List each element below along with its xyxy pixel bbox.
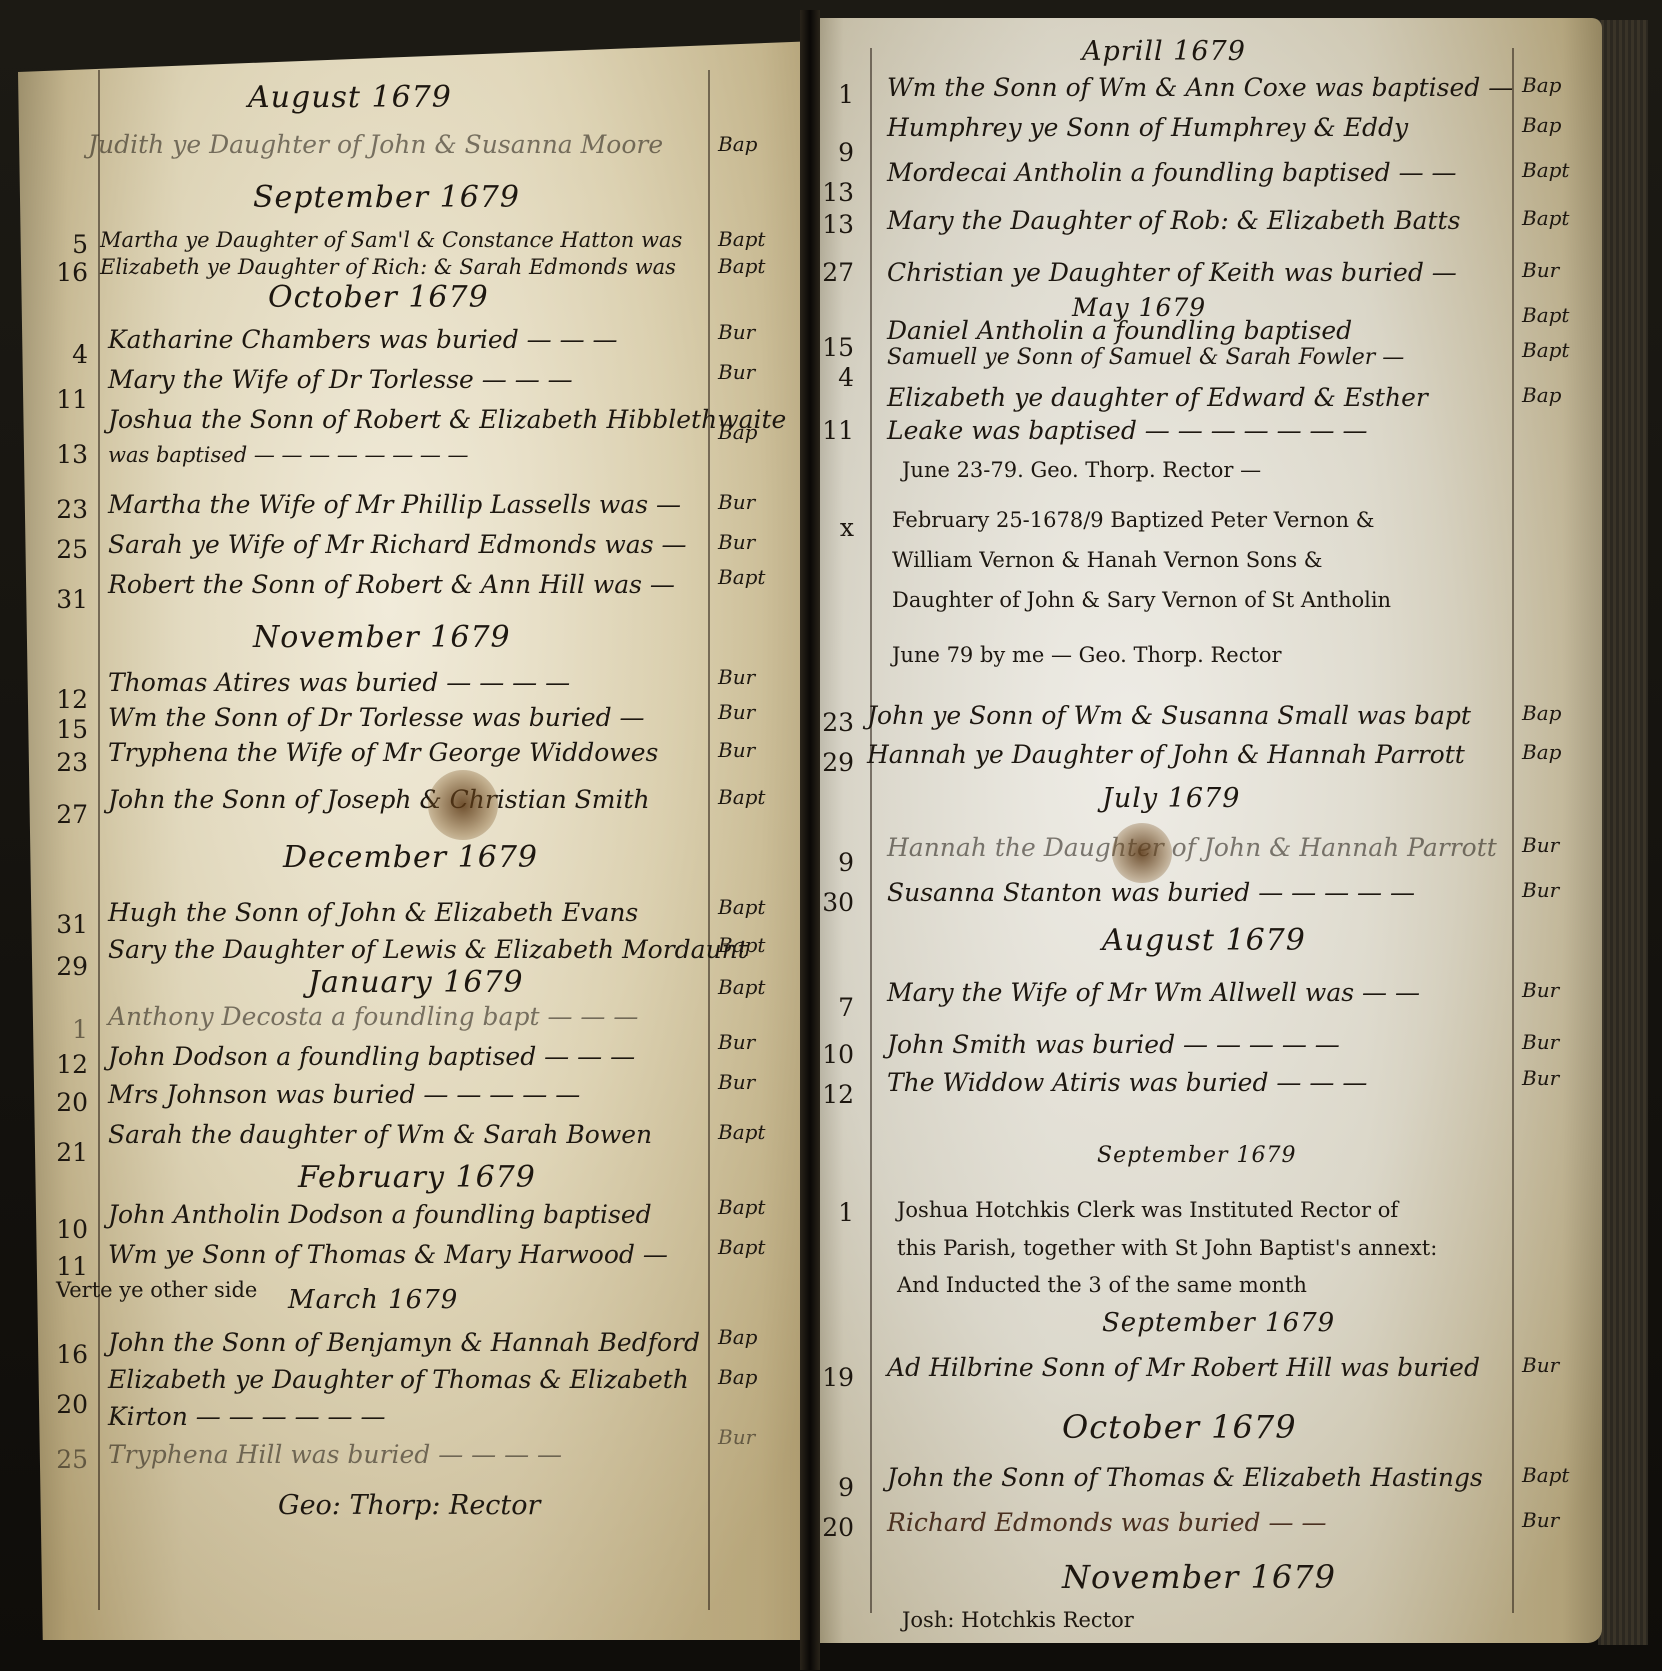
register-entry: Sary the Daughter of Lewis & Elizabeth M…	[108, 935, 748, 965]
right-margin-rule	[870, 48, 872, 1613]
register-entry: Robert the Sonn of Robert & Ann Hill was…	[108, 570, 675, 600]
institution-entry: And Inducted the 3 of the same month	[897, 1273, 1307, 1297]
register-entry: Ad Hilbrine Sonn of Mr Robert Hill was b…	[887, 1353, 1480, 1383]
open-register-book: August 1679 Judith ye Daughter of John &…	[0, 0, 1662, 1671]
entry-type-tag: Bap	[718, 1325, 757, 1349]
entry-day: 15	[46, 715, 88, 744]
entry-type-tag: Bap	[1522, 383, 1561, 407]
left-tag-column-rule	[708, 70, 710, 1610]
entry-type-tag: Bur	[1522, 1030, 1559, 1054]
register-entry: Martha the Wife of Mr Phillip Lassells w…	[108, 490, 681, 520]
register-entry: Joshua the Sonn of Robert & Elizabeth Hi…	[108, 405, 786, 435]
entry-day: 29	[46, 952, 88, 981]
entry-day: 31	[46, 910, 88, 939]
entry-day: 16	[46, 258, 88, 287]
entry-type-tag: Bapt	[718, 1195, 765, 1219]
rector-note: June 23-79. Geo. Thorp. Rector —	[902, 458, 1261, 482]
register-entry: was baptised — — — — — — — —	[108, 440, 469, 470]
entry-type-tag: Bapt	[718, 895, 765, 919]
entry-day: 20	[46, 1088, 88, 1117]
entry-type-tag: Bur	[718, 1030, 755, 1054]
register-entry: Mary the Wife of Dr Torlesse — — —	[108, 365, 573, 395]
entry-day: 11	[46, 1252, 88, 1281]
register-entry: John Dodson a foundling baptised — — —	[108, 1042, 635, 1072]
register-entry: Wm the Sonn of Wm & Ann Coxe was baptise…	[887, 73, 1513, 103]
entry-type-tag: Bap	[718, 132, 757, 156]
register-entry: Martha ye Daughter of Sam'l & Constance …	[100, 225, 682, 255]
register-entry: Wm ye Sonn of Thomas & Mary Harwood —	[108, 1240, 668, 1270]
register-entry: Hugh the Sonn of John & Elizabeth Evans	[108, 898, 638, 928]
month-heading: September 1679	[1102, 1308, 1335, 1338]
entry-type-tag: Bur	[718, 665, 755, 689]
entry-type-tag: Bapt	[718, 565, 765, 589]
entry-day: 16	[46, 1340, 88, 1369]
entry-day: 13	[46, 440, 88, 469]
register-entry: Elizabeth ye Daughter of Rich: & Sarah E…	[100, 252, 676, 282]
month-heading: August 1679	[1102, 923, 1306, 958]
register-entry: Hannah the Daughter of John & Hannah Par…	[887, 833, 1497, 863]
margin-note: Verte ye other side	[56, 1278, 257, 1302]
register-entry: Thomas Atires was buried — — — —	[108, 668, 570, 698]
entry-type-tag: Bur	[1522, 978, 1559, 1002]
entry-type-tag: Bur	[718, 530, 755, 554]
entry-type-tag: Bur	[1522, 1066, 1559, 1090]
entry-day: 25	[46, 535, 88, 564]
register-entry: June 79 by me — Geo. Thorp. Rector	[892, 643, 1282, 667]
entry-type-tag: Bapt	[1522, 303, 1569, 327]
register-entry: Hannah ye Daughter of John & Hannah Parr…	[867, 740, 1465, 770]
register-entry: The Widdow Atiris was buried — — —	[887, 1068, 1367, 1098]
book-gutter	[800, 10, 820, 1670]
month-heading: October 1679	[1062, 1408, 1297, 1446]
entry-day: 1	[46, 1015, 88, 1044]
entry-type-tag: Bur	[1522, 258, 1559, 282]
entry-type-tag: Bapt	[1522, 206, 1569, 230]
register-entry: Leake was baptised — — — — — — —	[887, 416, 1367, 446]
entry-type-tag: Bur	[718, 320, 755, 344]
entry-day: 23	[46, 495, 88, 524]
ink-stain	[428, 770, 498, 840]
register-entry: Wm the Sonn of Dr Torlesse was buried —	[108, 703, 645, 733]
register-entry: Richard Edmonds was buried — —	[887, 1508, 1326, 1538]
register-entry: Elizabeth ye Daughter of Thomas & Elizab…	[108, 1365, 689, 1395]
register-entry: John the Sonn of Benjamyn & Hannah Bedfo…	[108, 1328, 700, 1358]
month-heading: March 1679	[288, 1285, 458, 1315]
entry-type-tag: Bapt	[1522, 1463, 1569, 1487]
entry-day: 12	[46, 1050, 88, 1079]
entry-type-tag: Bapt	[718, 227, 765, 251]
left-margin-rule	[98, 70, 100, 1610]
register-entry: Susanna Stanton was buried — — — — —	[887, 878, 1415, 908]
register-entry: Judith ye Daughter of John & Susanna Moo…	[88, 130, 663, 160]
entry-day: 21	[46, 1138, 88, 1167]
register-entry: Samuell ye Sonn of Samuel & Sarah Fowler…	[887, 343, 1404, 373]
entry-type-tag: Bur	[718, 360, 755, 384]
register-entry: Sarah ye Wife of Mr Richard Edmonds was …	[108, 530, 687, 560]
entry-type-tag: Bur	[1522, 1353, 1559, 1377]
entry-type-tag: Bap	[718, 1365, 757, 1389]
entry-type-tag: Bap	[1522, 701, 1561, 725]
register-entry: John Antholin Dodson a foundling baptise…	[108, 1200, 652, 1230]
register-entry: Mordecai Antholin a foundling baptised —…	[887, 158, 1457, 188]
entry-type-tag: Bapt	[1522, 158, 1569, 182]
entry-day: 25	[46, 1445, 88, 1474]
month-heading: January 1679	[308, 965, 524, 1000]
entry-type-tag: Bur	[718, 700, 755, 724]
register-entry: John the Sonn of Joseph & Christian Smit…	[108, 785, 650, 815]
entry-type-tag: Bur	[718, 490, 755, 514]
entry-day: 11	[46, 385, 88, 414]
book-edge	[1598, 20, 1648, 1645]
entry-type-tag: Bap	[1522, 73, 1561, 97]
register-entry: Elizabeth ye daughter of Edward & Esther	[887, 383, 1428, 413]
register-entry: Mrs Johnson was buried — — — — —	[108, 1080, 580, 1110]
right-page: Aprill 1679 1 Wm the Sonn of Wm & Ann Co…	[812, 18, 1602, 1643]
entry-type-tag: Bur	[1522, 833, 1559, 857]
month-heading: February 1679	[298, 1160, 536, 1195]
institution-entry: Joshua Hotchkis Clerk was Instituted Rec…	[897, 1198, 1398, 1222]
institution-entry: this Parish, together with St John Bapti…	[897, 1236, 1437, 1260]
register-entry: Mary the Daughter of Rob: & Elizabeth Ba…	[887, 206, 1460, 236]
entry-type-tag: Bap	[718, 420, 757, 444]
month-heading: December 1679	[283, 840, 538, 875]
entry-day: 23	[46, 748, 88, 777]
month-heading: September 1679	[253, 180, 520, 215]
month-heading: November 1679	[253, 620, 511, 655]
register-entry: Daniel Antholin a foundling baptised	[887, 316, 1352, 346]
entry-type-tag: Bur	[718, 738, 755, 762]
entry-type-tag: Bapt	[718, 254, 765, 278]
entry-type-tag: Bapt	[718, 1235, 765, 1259]
entry-type-tag: Bur	[718, 1425, 755, 1449]
entry-day: 27	[46, 800, 88, 829]
register-entry: Sarah the daughter of Wm & Sarah Bowen	[108, 1120, 652, 1150]
entry-type-tag: Bur	[718, 1070, 755, 1094]
month-heading: August 1679	[248, 80, 452, 115]
entry-day: 20	[46, 1390, 88, 1419]
rector-signature: Geo: Thorp: Rector	[278, 1490, 540, 1521]
register-entry: Anthony Decosta a foundling bapt — — —	[108, 1002, 638, 1032]
entry-day: 12	[46, 685, 88, 714]
month-heading: November 1679	[1062, 1558, 1336, 1596]
register-entry: Humphrey ye Sonn of Humphrey & Eddy	[887, 113, 1408, 143]
entry-type-tag: Bur	[1522, 878, 1559, 902]
register-entry: Tryphena Hill was buried — — — —	[108, 1440, 562, 1470]
month-heading: September 1679	[1097, 1143, 1297, 1168]
entry-day: 4	[46, 340, 88, 369]
register-entry: Daughter of John & Sary Vernon of St Ant…	[892, 588, 1391, 612]
register-entry: John the Sonn of Thomas & Elizabeth Hast…	[887, 1463, 1483, 1493]
left-page: August 1679 Judith ye Daughter of John &…	[18, 40, 843, 1640]
register-entry: Katharine Chambers was buried — — —	[108, 325, 618, 355]
entry-day: 31	[46, 585, 88, 614]
entry-type-tag: Bapt	[718, 785, 765, 809]
register-entry: John ye Sonn of Wm & Susanna Small was b…	[867, 701, 1471, 731]
register-entry: Kirton — — — — — —	[108, 1402, 386, 1432]
right-tag-column-rule	[1512, 48, 1514, 1613]
rector-signature: Josh: Hotchkis Rector	[902, 1608, 1134, 1632]
entry-type-tag: Bap	[1522, 740, 1561, 764]
entry-day: 5	[46, 230, 88, 259]
ink-stain	[1112, 823, 1172, 883]
register-entry: Christian ye Daughter of Keith was burie…	[887, 258, 1457, 288]
month-heading: July 1679	[1102, 783, 1240, 814]
entry-type-tag: Bur	[1522, 1508, 1559, 1532]
register-entry: Tryphena the Wife of Mr George Widdowes	[108, 738, 658, 768]
register-entry: February 25-1678/9 Baptized Peter Vernon…	[892, 508, 1374, 532]
month-heading: October 1679	[268, 280, 489, 315]
entry-type-tag: Bap	[1522, 113, 1561, 137]
entry-type-tag: Bapt	[1522, 338, 1569, 362]
month-heading: Aprill 1679	[1082, 36, 1246, 67]
register-entry: William Vernon & Hanah Vernon Sons &	[892, 548, 1322, 572]
entry-day: 10	[46, 1215, 88, 1244]
entry-type-tag: Bapt	[718, 1120, 765, 1144]
entry-type-tag: Bapt	[718, 975, 765, 999]
register-entry: Mary the Wife of Mr Wm Allwell was — —	[887, 978, 1420, 1008]
register-entry: John Smith was buried — — — — —	[887, 1030, 1340, 1060]
entry-type-tag: Bapt	[718, 933, 765, 957]
